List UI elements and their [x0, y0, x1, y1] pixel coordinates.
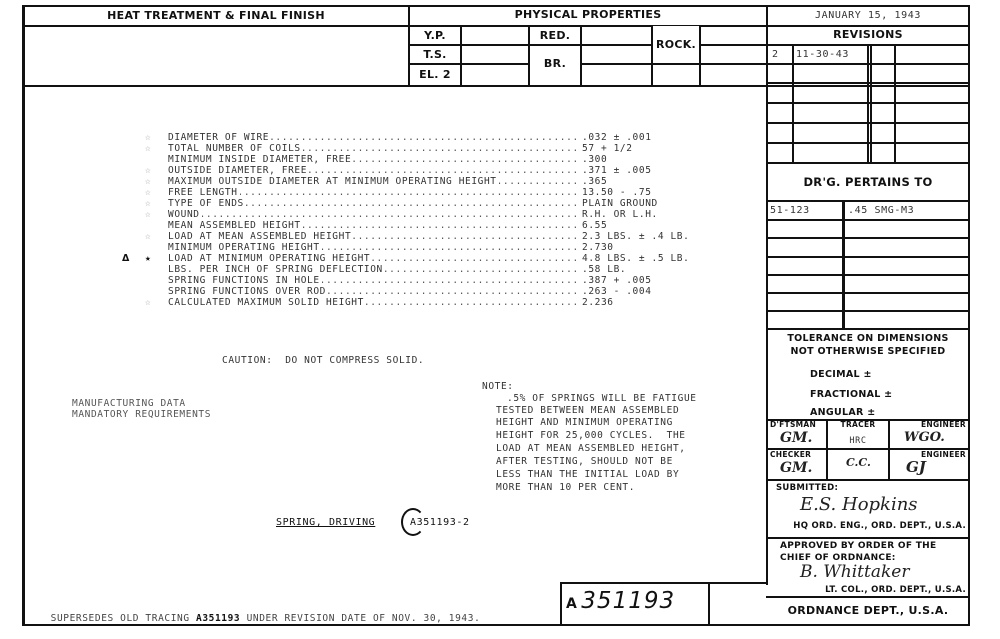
- spec-value: .263 - .004: [582, 286, 652, 297]
- checker-label: CHECKER: [770, 450, 811, 459]
- spec-label: FREE LENGTH: [168, 187, 240, 198]
- props-bottom-line: [22, 85, 970, 87]
- note-line: .5% OF SPRINGS WILL BE FATIGUE: [507, 393, 697, 404]
- spec-value: 13.50 - .75: [582, 187, 652, 198]
- legend-mandatory: MANDATORY REQUIREMENTS: [72, 409, 211, 420]
- note-line: LESS THAN THE INITIAL LOAD BY: [496, 469, 679, 480]
- rev-row-3: [766, 102, 970, 104]
- revision-number: 2: [772, 49, 779, 60]
- props-col-line-6: [766, 5, 768, 585]
- pertains-part: 51-123: [770, 205, 810, 216]
- rev-col-2: [867, 44, 869, 164]
- drawing-number-box: A 351193: [566, 588, 675, 614]
- spec-value: .387 + .005: [582, 275, 652, 286]
- submitted-signature: E.S. Hopkins: [800, 494, 918, 515]
- note-line: MORE THAN 10 PER CENT.: [496, 482, 635, 493]
- department-title: ORDNANCE DEPT., U.S.A.: [768, 604, 968, 617]
- drawing-number: 351193: [581, 588, 675, 614]
- tolerance-title-2: NOT OTHERWISE SPECIFIED: [768, 346, 968, 357]
- part-name: SPRING, DRIVING: [276, 517, 375, 528]
- spec-value: 4.8 LBS. ± .5 LB.: [582, 253, 689, 264]
- spec-label: MAXIMUM OUTSIDE DIAMETER AT MINIMUM OPER…: [168, 176, 499, 187]
- mandatory-mark-icon: ☆: [145, 231, 151, 242]
- spec-label: MEAN ASSEMBLED HEIGHT: [168, 220, 303, 231]
- drawing-pertains-title: DR'G. PERTAINS TO: [768, 175, 968, 189]
- props-col-line-5: [699, 25, 701, 87]
- mandatory-mark-icon: ☆: [145, 209, 151, 220]
- spec-value: .032 ± .001: [582, 132, 652, 143]
- spec-value: .371 ± .005: [582, 165, 652, 176]
- caution-text: CAUTION: DO NOT COMPRESS SOLID.: [222, 355, 424, 366]
- mandatory-mark-icon: ☆: [145, 198, 151, 209]
- approved-line-1: APPROVED BY ORDER OF THE: [780, 541, 936, 551]
- pertains-row-7: [766, 328, 970, 330]
- revision-date: 11-30-43: [796, 49, 849, 60]
- pertains-row-3: [766, 256, 970, 258]
- draftsman-label: D'FTSMAN: [770, 420, 816, 429]
- mandatory-mark-icon: ☆: [145, 187, 151, 198]
- engineer2-signature: GJ: [906, 458, 926, 476]
- tolerance-angular: ANGULAR ±: [810, 407, 876, 418]
- specifications-list: ☆.......................................…: [0, 132, 760, 352]
- prop-rock-label: ROCK.: [653, 38, 699, 51]
- pertains-row-6: [766, 310, 970, 312]
- footer-divider: [560, 582, 562, 626]
- spec-value: 2.236: [582, 297, 614, 308]
- pertains-row-5: [766, 292, 970, 294]
- submitted-bottom: [766, 537, 970, 539]
- pertains-row-2: [766, 237, 970, 239]
- footer-divider-2: [708, 582, 710, 626]
- prop-red-label: RED.: [530, 29, 580, 42]
- spec-value: PLAIN GROUND: [582, 198, 658, 209]
- note-line: AFTER TESTING, SHOULD NOT BE: [496, 456, 673, 467]
- spec-value: .58 LB.: [582, 264, 626, 275]
- note-line: HEIGHT FOR 25,000 CYCLES. THE: [496, 430, 686, 441]
- spec-value: 2.730: [582, 242, 614, 253]
- note-line: HEIGHT AND MINIMUM OPERATING: [496, 417, 673, 428]
- approved-title: LT. COL., ORD. DEPT., U.S.A.: [770, 585, 966, 595]
- spec-value: .365: [582, 176, 607, 187]
- mandatory-mark-icon: ☆: [145, 176, 151, 187]
- pertains-row-4: [766, 274, 970, 276]
- engineer-label: ENGINEER: [890, 420, 966, 429]
- submitted-title: HQ ORD. ENG., ORD. DEPT., U.S.A.: [770, 521, 966, 531]
- spec-value: R.H. OR L.H.: [582, 209, 658, 220]
- approved-bottom: [766, 596, 970, 598]
- physical-properties-title: PHYSICAL PROPERTIES: [410, 8, 766, 21]
- checker-signature: GM.: [780, 460, 812, 476]
- mandatory-mark-icon: ☆: [145, 143, 151, 154]
- spec-value: 57 + 1/2: [582, 143, 633, 154]
- sig-bottom: [766, 479, 970, 481]
- note-line: LOAD AT MEAN ASSEMBLED HEIGHT,: [496, 443, 686, 454]
- prop-br-label: BR.: [530, 57, 580, 70]
- tolerance-decimal: DECIMAL ±: [810, 369, 872, 380]
- spec-label: CALCULATED MAXIMUM SOLID HEIGHT: [168, 297, 366, 308]
- supersedes-suffix: UNDER REVISION DATE OF NOV. 30, 1943.: [240, 613, 480, 624]
- tracer-initials: HRC: [828, 436, 888, 446]
- supersedes-note: SUPERSEDES OLD TRACING A351193 UNDER REV…: [38, 602, 480, 624]
- spec-label: TYPE OF ENDS: [168, 198, 246, 209]
- star-icon: ★: [145, 253, 151, 264]
- pertains-item: .45 SMG-M3: [848, 205, 914, 216]
- frame-right: [968, 5, 970, 626]
- draftsman-signature: GM.: [780, 430, 812, 446]
- rev-col-2b: [870, 44, 872, 164]
- mandatory-mark-icon: ☆: [145, 297, 151, 308]
- engineer2-label: ENGINEER: [890, 450, 966, 459]
- prop-el-label: EL. 2: [410, 68, 460, 81]
- rev-row-5: [766, 142, 970, 144]
- header-divider: [22, 25, 970, 27]
- rev-row-6: [766, 162, 970, 164]
- approved-signature: B. Whittaker: [800, 562, 909, 582]
- pertains-row-1: [766, 219, 970, 221]
- spec-label: MINIMUM OPERATING HEIGHT: [168, 242, 322, 253]
- spec-label: MINIMUM INSIDE DIAMETER, FREE: [168, 154, 353, 165]
- rev-row-4: [766, 122, 970, 124]
- props-col-line-3: [580, 25, 582, 87]
- tracer-label: TRACER: [828, 420, 888, 429]
- supersedes-number: A351193: [196, 613, 240, 624]
- spec-label: WOUND: [168, 209, 202, 220]
- checker2-signature: C.C.: [846, 456, 871, 469]
- prop-yp-label: Y.P.: [410, 29, 460, 42]
- spec-label: LOAD AT MEAN ASSEMBLED HEIGHT: [168, 231, 353, 242]
- mandatory-mark-icon: ☆: [145, 165, 151, 176]
- drawing-number-prefix: A: [566, 596, 577, 612]
- spec-label: SPRING FUNCTIONS IN HOLE: [168, 275, 322, 286]
- spec-label: TOTAL NUMBER OF COILS: [168, 143, 303, 154]
- rev-col-3: [894, 44, 896, 164]
- engineer-signature: WGO.: [904, 430, 945, 445]
- props-col-line-1: [460, 25, 462, 87]
- drawing-date: JANUARY 15, 1943: [768, 10, 968, 21]
- spec-label: LBS. PER INCH OF SPRING DEFLECTION: [168, 264, 385, 275]
- spec-label: SPRING FUNCTIONS OVER ROD: [168, 286, 328, 297]
- note-label: NOTE:: [482, 381, 514, 392]
- spec-value: .300: [582, 154, 607, 165]
- prop-ts-label: T.S.: [410, 48, 460, 61]
- delta-icon: Δ: [122, 253, 130, 264]
- tolerance-fractional: FRACTIONAL ±: [810, 389, 892, 400]
- rev-col-1: [792, 44, 794, 164]
- note-line: TESTED BETWEEN MEAN ASSEMBLED: [496, 405, 679, 416]
- spec-label: DIAMETER OF WIRE: [168, 132, 271, 143]
- supersedes-prefix: SUPERSEDES OLD TRACING: [51, 613, 196, 624]
- footer-top: [560, 582, 768, 584]
- submitted-label: SUBMITTED:: [776, 483, 838, 493]
- rev-row-1: [766, 63, 970, 65]
- spec-label: LOAD AT MINIMUM OPERATING HEIGHT: [168, 253, 372, 264]
- spec-label: OUTSIDE DIAMETER, FREE: [168, 165, 309, 176]
- legend-manufacturing: MANUFACTURING DATA: [72, 398, 186, 409]
- leader-dots: ........................................…: [168, 209, 578, 220]
- rock-cover: [582, 44, 651, 46]
- spec-value: 6.55: [582, 220, 607, 231]
- tolerance-title-1: TOLERANCE ON DIMENSIONS: [768, 333, 968, 344]
- rev-row-2: [766, 82, 970, 84]
- frame-bottom: [22, 624, 970, 626]
- frame-top: [22, 5, 970, 7]
- part-number: A351193-2: [410, 517, 470, 528]
- heat-treatment-title: HEAT TREATMENT & FINAL FINISH: [24, 9, 408, 22]
- pertains-row-0: [766, 200, 970, 202]
- mandatory-mark-icon: ☆: [145, 132, 151, 143]
- spec-value: 2.3 LBS. ± .4 LB.: [582, 231, 689, 242]
- revisions-title: REVISIONS: [768, 28, 968, 41]
